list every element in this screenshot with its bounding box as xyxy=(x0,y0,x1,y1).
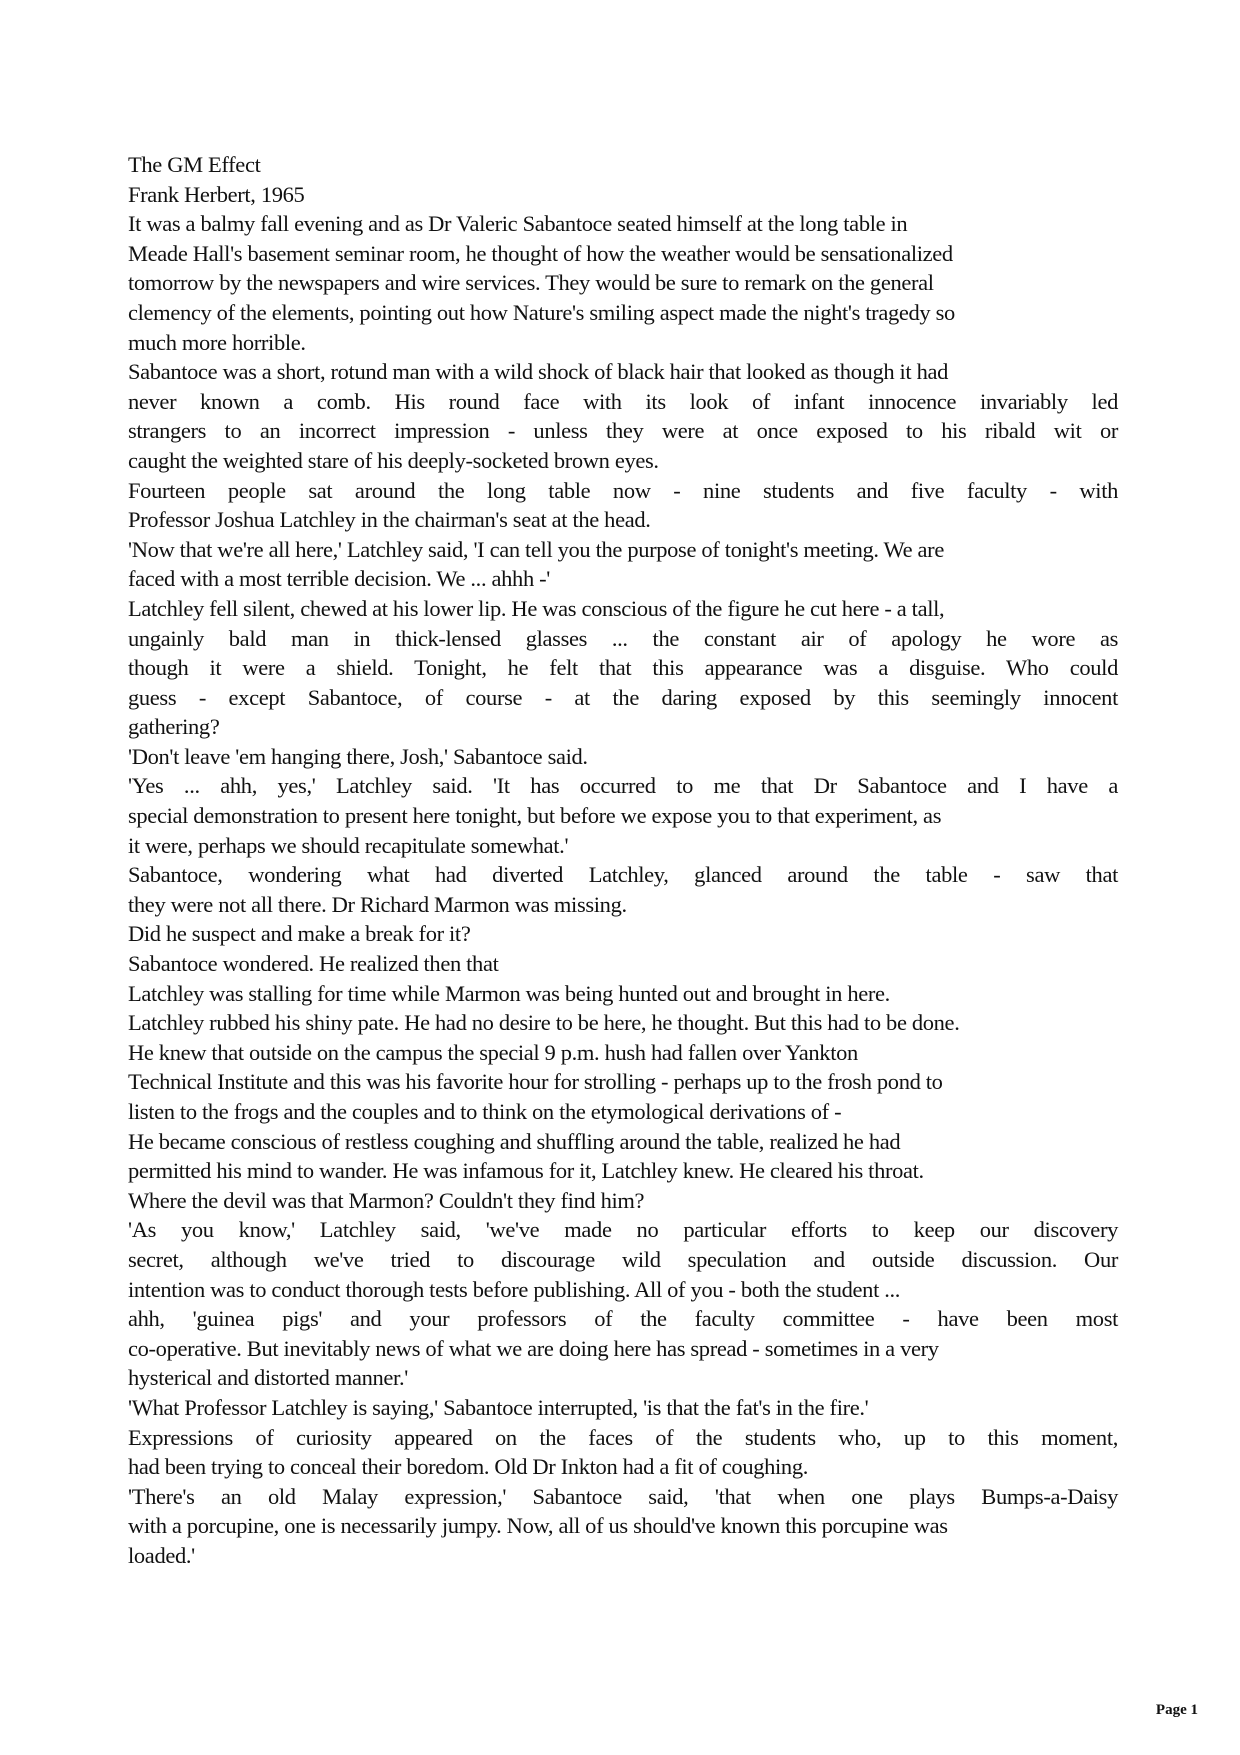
body-text-line: Technical Institute and this was his fav… xyxy=(128,1067,1118,1097)
body-text-line: much more horrible. xyxy=(128,328,1118,358)
body-text-line: Where the devil was that Marmon? Couldn'… xyxy=(128,1186,1118,1216)
body-text-line: they were not all there. Dr Richard Marm… xyxy=(128,890,1118,920)
body-text-line: special demonstration to present here to… xyxy=(128,801,1118,831)
body-text-line: Sabantoce wondered. He realized then tha… xyxy=(128,949,1118,979)
body-text-line: faced with a most terrible decision. We … xyxy=(128,564,1118,594)
body-text-line: 'Now that we're all here,' Latchley said… xyxy=(128,535,1118,565)
body-text-line: Meade Hall's basement seminar room, he t… xyxy=(128,239,1118,269)
document-byline: Frank Herbert, 1965 xyxy=(128,180,1118,210)
body-text-line: clemency of the elements, pointing out h… xyxy=(128,298,1118,328)
body-text-line: Latchley was stalling for time while Mar… xyxy=(128,979,1118,1009)
document-title: The GM Effect xyxy=(128,150,1118,180)
body-text-line: with a porcupine, one is necessarily jum… xyxy=(128,1511,1118,1541)
body-text-line: it were, perhaps we should recapitulate … xyxy=(128,831,1118,861)
body-text-line: strangers to an incorrect impression - u… xyxy=(128,416,1118,446)
body-text-line: ahh, 'guinea pigs' and your professors o… xyxy=(128,1304,1118,1334)
body-text-line: though it were a shield. Tonight, he fel… xyxy=(128,653,1118,683)
body-text-line: Sabantoce was a short, rotund man with a… xyxy=(128,357,1118,387)
body-text-line: secret, although we've tried to discoura… xyxy=(128,1245,1118,1275)
body-text-line: caught the weighted stare of his deeply-… xyxy=(128,446,1118,476)
body-text-line: Fourteen people sat around the long tabl… xyxy=(128,476,1118,506)
body-text-line: It was a balmy fall evening and as Dr Va… xyxy=(128,209,1118,239)
document-body: It was a balmy fall evening and as Dr Va… xyxy=(128,209,1118,1570)
body-text-line: hysterical and distorted manner.' xyxy=(128,1363,1118,1393)
body-text-line: He became conscious of restless coughing… xyxy=(128,1127,1118,1157)
body-text-line: intention was to conduct thorough tests … xyxy=(128,1275,1118,1305)
body-text-line: Did he suspect and make a break for it? xyxy=(128,919,1118,949)
body-text-line: Sabantoce, wondering what had diverted L… xyxy=(128,860,1118,890)
page-number: Page 1 xyxy=(1156,1702,1198,1719)
body-text-line: ungainly bald man in thick-lensed glasse… xyxy=(128,624,1118,654)
body-text-line: 'Don't leave 'em hanging there, Josh,' S… xyxy=(128,742,1118,772)
body-text-line: 'As you know,' Latchley said, 'we've mad… xyxy=(128,1215,1118,1245)
body-text-line: co-operative. But inevitably news of wha… xyxy=(128,1334,1118,1364)
body-text-line: never known a comb. His round face with … xyxy=(128,387,1118,417)
body-text-line: tomorrow by the newspapers and wire serv… xyxy=(128,268,1118,298)
body-text-line: 'There's an old Malay expression,' Saban… xyxy=(128,1482,1118,1512)
body-text-line: He knew that outside on the campus the s… xyxy=(128,1038,1118,1068)
body-text-line: 'What Professor Latchley is saying,' Sab… xyxy=(128,1393,1118,1423)
body-text-line: loaded.' xyxy=(128,1541,1118,1571)
body-text-line: Latchley rubbed his shiny pate. He had n… xyxy=(128,1008,1118,1038)
body-text-line: Latchley fell silent, chewed at his lowe… xyxy=(128,594,1118,624)
body-text-line: listen to the frogs and the couples and … xyxy=(128,1097,1118,1127)
body-text-line: had been trying to conceal their boredom… xyxy=(128,1452,1118,1482)
body-text-line: 'Yes ... ahh, yes,' Latchley said. 'It h… xyxy=(128,771,1118,801)
body-text-line: Professor Joshua Latchley in the chairma… xyxy=(128,505,1118,535)
body-text-line: Expressions of curiosity appeared on the… xyxy=(128,1423,1118,1453)
body-text-line: gathering? xyxy=(128,712,1118,742)
body-text-line: guess - except Sabantoce, of course - at… xyxy=(128,683,1118,713)
document-page: The GM Effect Frank Herbert, 1965 It was… xyxy=(128,150,1118,1571)
body-text-line: permitted his mind to wander. He was inf… xyxy=(128,1156,1118,1186)
